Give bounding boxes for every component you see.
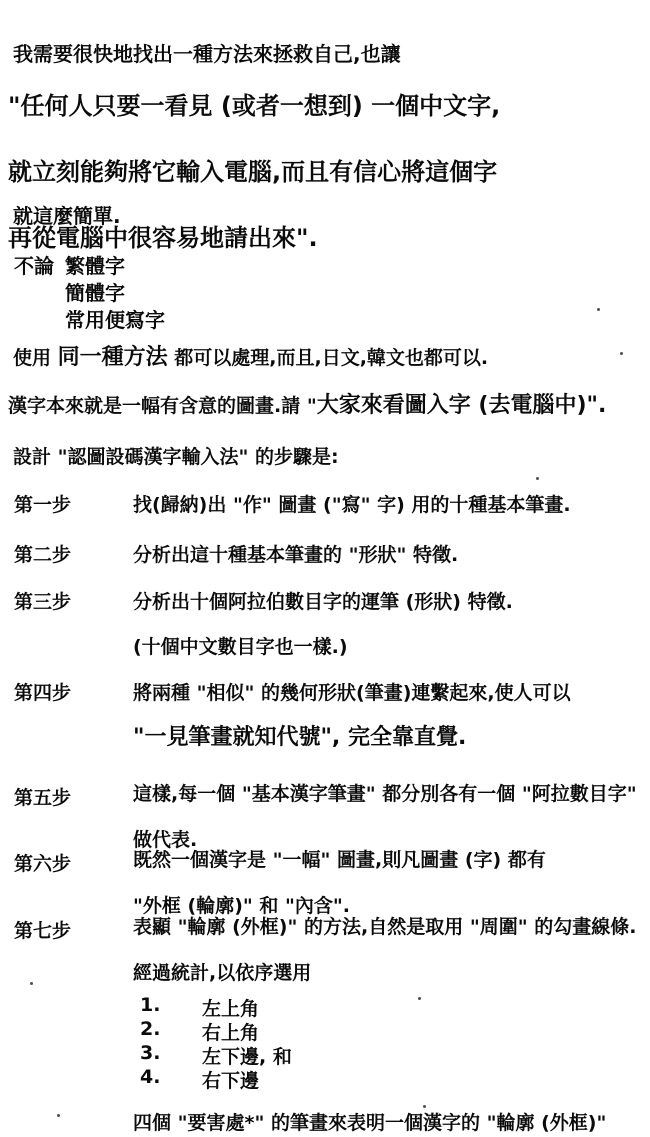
scan-artifact-dot bbox=[597, 308, 600, 311]
design-steps-heading: 設計 "認圖設碼漢字輸入法" 的步驟是: bbox=[13, 442, 339, 469]
hanzi-line-suffix: ". bbox=[587, 393, 607, 418]
step-5-text: 這樣,每一個 "基本漢字筆畫" 都分別各有一個 "阿拉數目字" 做代表. bbox=[133, 783, 637, 852]
corner-list-num-3: 3. bbox=[140, 1042, 160, 1064]
step-6-text: 既然一個漢字是 "一幅" 圖畫,則凡圖畫 (字) 都有 "外框 (輪廓)" 和 … bbox=[133, 849, 546, 918]
step-7-line-2: 經過統計,以依序選用 bbox=[133, 962, 311, 984]
corner-list-item-2: 右上角 bbox=[202, 1018, 259, 1045]
method-line-suffix: 都可以處理,而且,日文,韓文也都可以. bbox=[168, 347, 489, 369]
no-matter-item-traditional: 繁體字 bbox=[65, 250, 125, 279]
step-5-label: 第五步 bbox=[14, 783, 71, 810]
hanzi-line-prefix: 漢字本來就是一幅有含意的圖畫.請 " bbox=[8, 395, 317, 417]
corner-list-item-3: 左下邊, 和 bbox=[202, 1042, 292, 1069]
step-7-line-1: 表顯 "輪廓 (外框)" 的方法,自然是取用 "周圍" 的勾畫線條. bbox=[133, 916, 636, 938]
step-3-note: (十個中文數目字也一樣.) bbox=[133, 632, 348, 659]
scanned-document-page: 我需要很快地找出一種方法來拯救自己,也讓 "任何人只要一看見 (或者一想到) 一… bbox=[0, 0, 650, 1137]
scan-artifact-dot bbox=[620, 352, 623, 355]
no-matter-item-simplified: 簡體字 bbox=[65, 277, 125, 306]
footer-line: 四個 "要害處*" 的筆畫來表明一個漢字的 "輪廓 (外框)" bbox=[133, 1108, 606, 1135]
hanzi-picture-line: 漢字本來就是一幅有含意的圖畫.請 "大家來看圖入字 (去電腦中)". bbox=[8, 388, 606, 419]
corner-list-num-4: 4. bbox=[140, 1066, 160, 1088]
step-5-line-1: 這樣,每一個 "基本漢字筆畫" 都分別各有一個 "阿拉數目字" bbox=[133, 783, 637, 805]
step-1-label: 第一步 bbox=[14, 490, 71, 517]
step-4-text: 將兩種 "相似" 的幾何形狀(筆畫)連繫起來,使人可以 bbox=[133, 678, 571, 705]
step-3-text: 分析出十個阿拉伯數目字的運筆 (形狀) 特徵. bbox=[133, 587, 513, 614]
method-line-emphasis: 同一種方法 bbox=[58, 345, 168, 370]
step-3-label: 第三步 bbox=[14, 587, 71, 614]
step-5-line-2: 做代表. bbox=[133, 829, 197, 851]
no-matter-label: 不論 bbox=[14, 250, 54, 279]
step-2-label: 第二步 bbox=[14, 540, 71, 567]
scan-artifact-dot bbox=[536, 477, 539, 480]
quote-line-2: 就立刻能夠將它輸入電腦,而且有信心將這個字 bbox=[8, 158, 497, 186]
method-line-prefix: 使用 bbox=[13, 347, 58, 369]
step-4-emphasis-line: "一見筆畫就知代號", 完全靠直覺. bbox=[133, 720, 466, 751]
step-6-line-2: "外框 (輪廓)" 和 "內含". bbox=[133, 895, 350, 917]
corner-list-num-1: 1. bbox=[140, 994, 160, 1016]
step-2-text: 分析出這十種基本筆畫的 "形狀" 特徵. bbox=[133, 540, 458, 567]
step-7-text: 表顯 "輪廓 (外框)" 的方法,自然是取用 "周圍" 的勾畫線條. 經過統計,… bbox=[133, 916, 636, 985]
quote-line-1: "任何人只要一看見 (或者一想到) 一個中文字, bbox=[8, 92, 500, 120]
step-4-label: 第四步 bbox=[14, 678, 71, 705]
step-6-line-1: 既然一個漢字是 "一幅" 圖畫,則凡圖畫 (字) 都有 bbox=[133, 849, 546, 871]
corner-list-item-4: 右下邊 bbox=[202, 1066, 259, 1093]
hanzi-line-emphasis: 大家來看圖入字 (去電腦中) bbox=[317, 393, 587, 418]
method-line: 使用 同一種方法 都可以處理,而且,日文,韓文也都可以. bbox=[13, 340, 488, 371]
step-6-label: 第六步 bbox=[14, 849, 71, 876]
no-matter-item-handwritten: 常用便寫字 bbox=[65, 304, 165, 333]
step-1-text: 找(歸納)出 "作" 圖畫 ("寫" 字) 用的十種基本筆畫. bbox=[133, 490, 571, 517]
scan-artifact-dot bbox=[30, 982, 33, 985]
step-7-label: 第七步 bbox=[14, 916, 71, 943]
intro-line: 我需要很快地找出一種方法來拯救自己,也讓 bbox=[13, 38, 401, 67]
scan-artifact-dot bbox=[418, 997, 421, 1000]
corner-list-num-2: 2. bbox=[140, 1018, 160, 1040]
simple-line: 就這麼簡單. bbox=[13, 200, 121, 229]
scan-artifact-dot bbox=[423, 1105, 426, 1108]
corner-list-item-1: 左上角 bbox=[202, 994, 259, 1021]
quote-paragraph: "任何人只要一看見 (或者一想到) 一個中文字, 就立刻能夠將它輸入電腦,而且有… bbox=[8, 90, 500, 255]
scan-artifact-dot bbox=[57, 1114, 60, 1117]
